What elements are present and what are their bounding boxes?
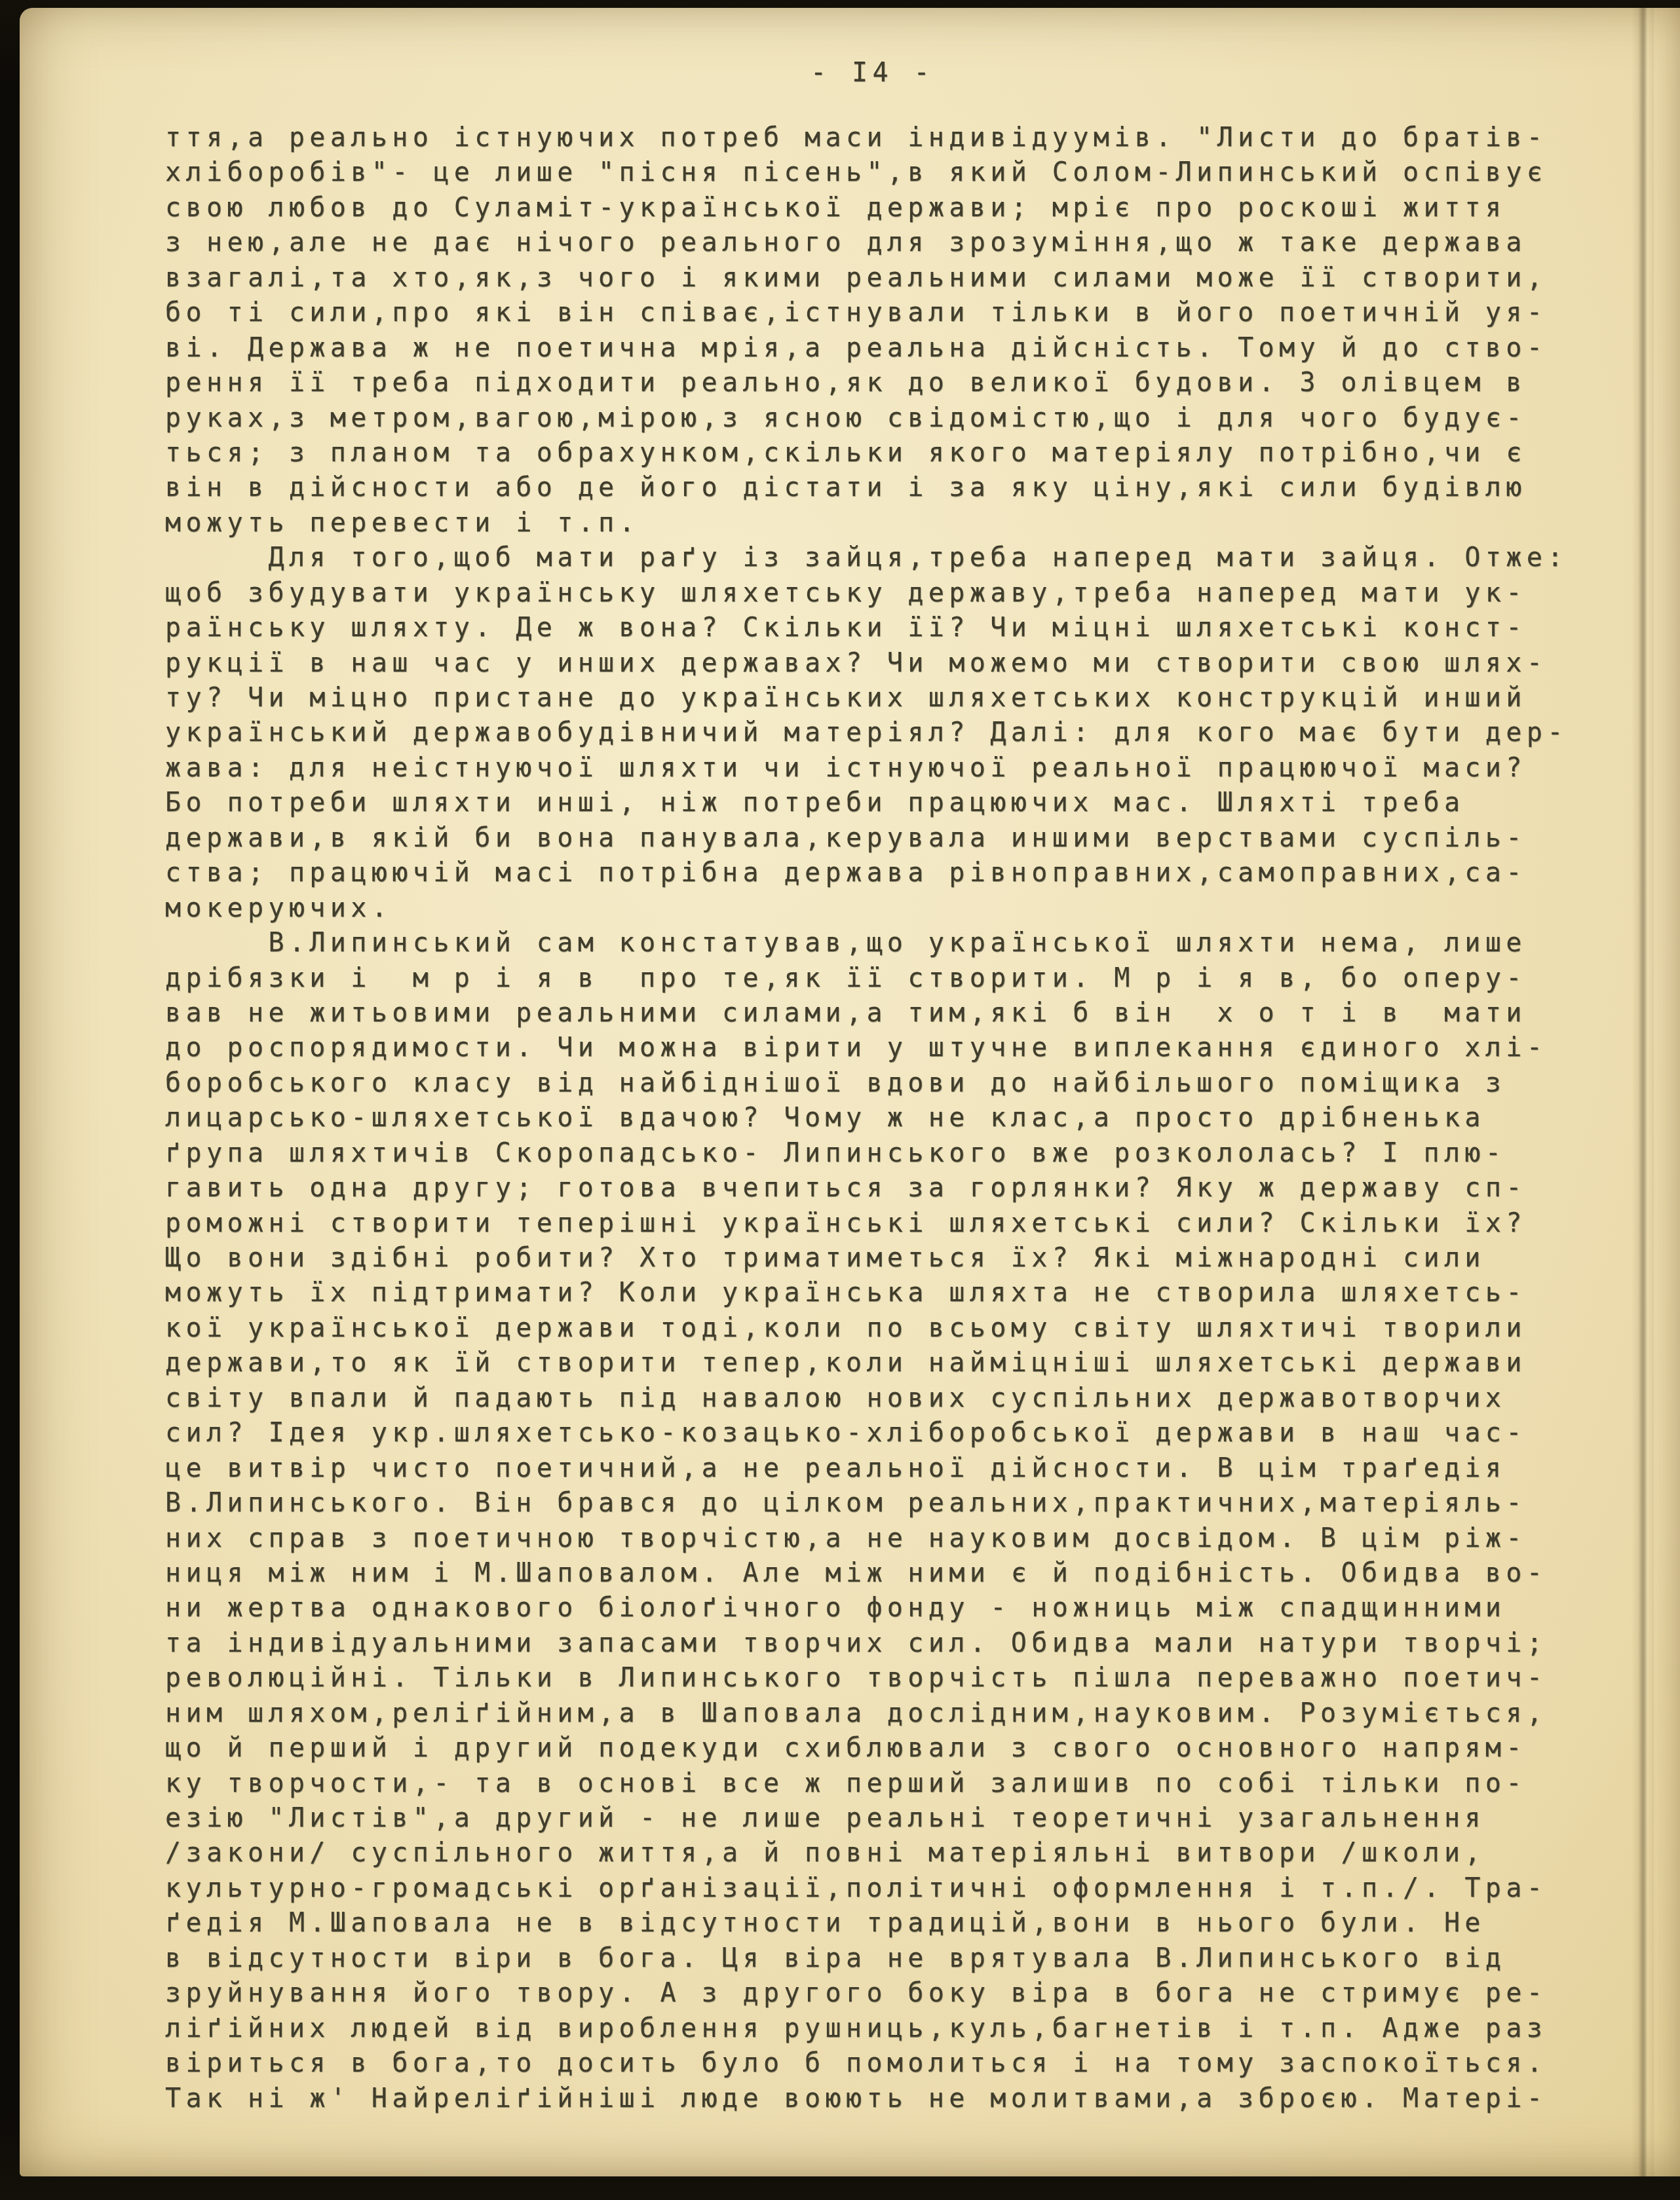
text-line: В.Липинський сам констатував,що українсь… bbox=[165, 926, 1568, 960]
text-line: мокеруючих. bbox=[165, 891, 1568, 926]
text-line: вав не житьовими реальними силами,а тим,… bbox=[165, 996, 1568, 1031]
text-line: них справ з поетичною творчістю,а не нау… bbox=[165, 1521, 1568, 1556]
text-line: ку творчости,- та в основі все ж перший … bbox=[165, 1766, 1568, 1801]
text-line: руках,з метром,вагою,мірою,з ясною свідо… bbox=[165, 401, 1568, 436]
text-line: ґрупа шляхтичів Скоропадсько- Липинськог… bbox=[165, 1136, 1568, 1171]
text-line: можуть перевести і т.п. bbox=[165, 506, 1568, 541]
text-line: езію "Листів",а другий - не лише реальні… bbox=[165, 1801, 1568, 1836]
text-line: в відсутности віри в бога. Ця віра не вр… bbox=[165, 1941, 1568, 1976]
text-line: /закони/ суспільного життя,а й повні мат… bbox=[165, 1836, 1568, 1870]
text-line: ття,а реально істнуючих потреб маси інди… bbox=[165, 121, 1568, 155]
text-line: це витвір чисто поетичний,а не реальної … bbox=[165, 1451, 1568, 1486]
body-text: ття,а реально істнуючих потреб маси інди… bbox=[165, 121, 1568, 2116]
text-line: Бо потреби шляхти инші, ніж потреби прац… bbox=[165, 786, 1568, 820]
text-line: сил? Ідея укр.шляхетсько-козацько-хлібор… bbox=[165, 1416, 1568, 1451]
text-line: свою любов до Суламіт-української держав… bbox=[165, 191, 1568, 225]
text-line: бо ті сили,про які він співає,істнували … bbox=[165, 295, 1568, 330]
text-line: взагалі,та хто,як,з чого і якими реальни… bbox=[165, 261, 1568, 295]
text-line: Що вони здібні робити? Хто триматиметься… bbox=[165, 1241, 1568, 1276]
text-line: держави,в якій би вона панувала,керувала… bbox=[165, 821, 1568, 856]
text-line: В.Липинського. Він брався до цілком реал… bbox=[165, 1486, 1568, 1521]
text-line: хліборобів"- це лише "пісня пісень",в як… bbox=[165, 155, 1568, 190]
text-line: рукції в наш час у инших державах? Чи мо… bbox=[165, 646, 1568, 681]
text-line: з нею,але не дає нічого реального для зр… bbox=[165, 225, 1568, 260]
text-line: ним шляхом,реліґійним,а в Шаповала дослі… bbox=[165, 1696, 1568, 1731]
text-line: раїнську шляхту. Де ж вона? Скільки її? … bbox=[165, 611, 1568, 645]
text-line: ться; з планом та обрахунком,скільки яко… bbox=[165, 436, 1568, 470]
text-line: Так ні ж' Найреліґійніші люде воюють не … bbox=[165, 2081, 1568, 2116]
text-line: ту? Чи міцно пристане до українських шля… bbox=[165, 681, 1568, 715]
text-line: гавить одна другу; готова вчепиться за г… bbox=[165, 1171, 1568, 1205]
text-line: ства; працюючій масі потрібна держава рі… bbox=[165, 856, 1568, 890]
text-line: він в дійсности або де його дістати і за… bbox=[165, 470, 1568, 505]
text-line: рення її треба підходити реально,як до в… bbox=[165, 366, 1568, 400]
text-line: можуть їх підтримати? Коли українська шл… bbox=[165, 1276, 1568, 1310]
text-line: щоб збудувати українську шляхетську держ… bbox=[165, 576, 1568, 611]
text-line: дрібязки і м р і я в про те,як її створи… bbox=[165, 961, 1568, 996]
text-line: до роспорядимости. Чи можна вірити у шту… bbox=[165, 1031, 1568, 1065]
text-line: світу впали й падають під навалою нових … bbox=[165, 1381, 1568, 1416]
text-line: ни жертва однакового біолоґічного фонду … bbox=[165, 1591, 1568, 1625]
text-line: ліґійних людей від вироблення рушниць,ку… bbox=[165, 2011, 1568, 2046]
text-line: революційні. Тільки в Липинського творчі… bbox=[165, 1661, 1568, 1696]
text-line: віриться в бога,то досить було б помолит… bbox=[165, 2046, 1568, 2081]
page-number: - І4 - bbox=[811, 58, 934, 88]
text-line: жава: для неістнуючої шляхти чи істнуючо… bbox=[165, 751, 1568, 786]
text-line: лицарсько-шляхетської вдачою? Чому ж не … bbox=[165, 1101, 1568, 1135]
text-line: культурно-громадські орґанізації,політич… bbox=[165, 1871, 1568, 1906]
text-line: зруйнування його твору. А з другого боку… bbox=[165, 1976, 1568, 2011]
text-line: що й перший і другий подекуди схиблювали… bbox=[165, 1731, 1568, 1766]
text-line: ві. Держава ж не поетична мрія,а реальна… bbox=[165, 331, 1568, 366]
typewritten-content: - І4 - ття,а реально істнуючих потреб ма… bbox=[0, 0, 1680, 2200]
text-line: ґедія М.Шаповала не в відсутности традиц… bbox=[165, 1906, 1568, 1941]
text-line: Для того,щоб мати раґу із зайця,треба на… bbox=[165, 541, 1568, 575]
text-line: ниця між ним і М.Шаповалом. Але між ними… bbox=[165, 1556, 1568, 1591]
text-line: кої української держави тоді,коли по всь… bbox=[165, 1311, 1568, 1346]
text-line: боробського класу від найбіднішої вдови … bbox=[165, 1066, 1568, 1101]
text-line: та індивідуальними запасами творчих сил.… bbox=[165, 1626, 1568, 1661]
text-line: роможні створити теперішні українські шл… bbox=[165, 1206, 1568, 1241]
text-line: держави,то як їй створити тепер,коли най… bbox=[165, 1346, 1568, 1380]
text-line: український державобудівничий матеріял? … bbox=[165, 715, 1568, 750]
